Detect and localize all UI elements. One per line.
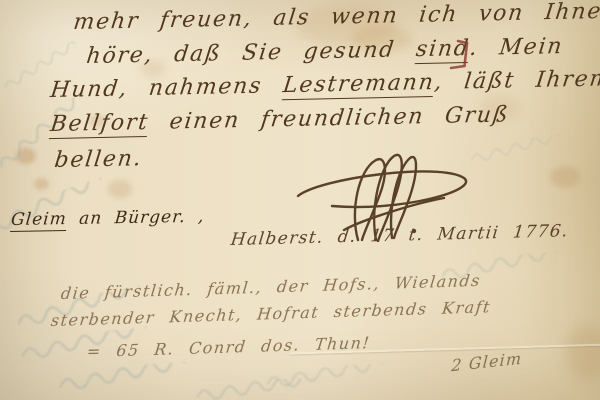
bleedthrough-stroke	[0, 174, 121, 242]
annotation-line-1: die fürstlich. fäml., der Hofs., Wieland…	[60, 271, 482, 303]
annotation-line-2: sterbender Knecht, Hofrat sterbends Kraf…	[50, 297, 492, 330]
bleedthrough-stroke	[9, 283, 161, 335]
bleedthrough-stroke	[0, 37, 91, 97]
bleedthrough-stroke	[27, 359, 228, 399]
letter-line-4: Bellfort einen freundlichen Gruß	[49, 102, 511, 137]
annotation-text: die fürstlich. fäml., der Hofs., Wieland…	[60, 271, 482, 303]
paper-stain	[90, 115, 106, 127]
underlined-dog-name: Lestremann	[281, 70, 436, 100]
letter-text: , läßt Ihrem	[433, 66, 600, 95]
paper-stain	[550, 166, 580, 188]
letter-text: . Mein	[468, 34, 565, 61]
signature-flourish	[292, 142, 482, 242]
paper-stain	[480, 96, 520, 120]
paper-stain	[108, 180, 132, 198]
letter-text: bellen.	[53, 146, 144, 173]
letter-text: mehr freuen, als wenn ich von Ihnen	[72, 0, 600, 35]
underlined-sender-gleim: Gleim	[10, 209, 68, 232]
paper-stain	[352, 26, 412, 52]
paper-stain	[140, 60, 166, 78]
letter-text: einen freundlichen Gruß	[147, 102, 510, 135]
paper-stain	[16, 148, 36, 164]
letter-text: höre, daß Sie gesund	[85, 37, 417, 69]
corner-mark: 2 Gleim	[451, 349, 523, 376]
letter-line-2: höre, daß Sie gesund sind. Mein	[85, 34, 565, 69]
paper-stain	[34, 178, 49, 190]
attribution-note: Gleim an Bürger. ,	[10, 207, 205, 230]
paper-stain	[296, 4, 396, 46]
bleedthrough-stroke	[150, 376, 371, 400]
bleedthrough-stroke	[239, 361, 420, 394]
bleedthrough-stroke	[469, 133, 571, 169]
corner-mark-text: 2 Gleim	[451, 349, 523, 376]
red-editorial-mark	[448, 38, 474, 72]
annotation-text: sterbender Knecht, Hofrat sterbends Kraf…	[50, 297, 492, 330]
paper-stain	[566, 326, 600, 380]
underlined-name-bellfort: Bellfort	[49, 110, 151, 139]
annotation-text: = 65 R. Conrd dos. Thun!	[86, 333, 372, 361]
letter-text: Hund, nahmens	[49, 73, 285, 103]
annotation-line-3: = 65 R. Conrd dos. Thun!	[86, 333, 372, 361]
letter-line-5: bellen.	[53, 146, 144, 173]
attribution-text: an Bürger. ,	[66, 207, 206, 229]
bleedthrough-stroke	[0, 86, 105, 176]
dateline: Halberst. d. 17 t. Martii 1776.	[230, 221, 570, 250]
bleedthrough-stroke	[429, 250, 581, 287]
underlined-word-sind: sind	[414, 36, 471, 64]
manuscript-letter-page: mehr freuen, als wenn ich von Ihnen höre…	[0, 0, 600, 400]
paper-crease	[290, 344, 600, 355]
letter-line-3: Hund, nahmens Lestremann, läßt Ihrem	[49, 66, 600, 103]
letter-line-1: mehr freuen, als wenn ich von Ihnen	[72, 0, 600, 35]
dateline-text: Halberst. d. 17 t. Martii 1776.	[230, 221, 570, 250]
bleedthrough-stroke	[0, 323, 186, 369]
